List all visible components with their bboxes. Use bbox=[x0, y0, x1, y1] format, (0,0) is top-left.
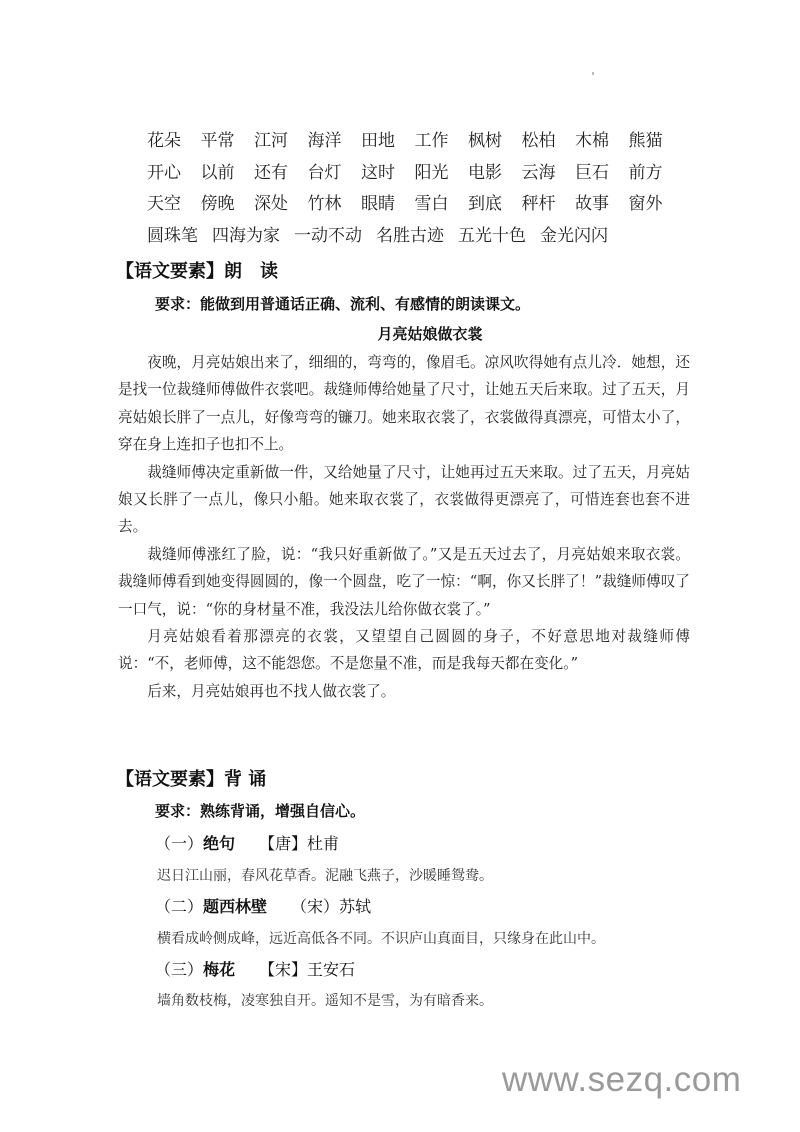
vocab-word: 海洋 bbox=[308, 126, 362, 151]
vocab-word: 以前 bbox=[201, 158, 255, 183]
vocab-phrase: 五光十色 bbox=[458, 221, 526, 246]
poem-text-1: 迟日江山丽，春风花草香。泥融飞燕子，沙暖睡鸳鸯。 bbox=[157, 865, 493, 885]
vocab-word: 深处 bbox=[254, 189, 308, 214]
recitation-requirement: 要求：熟练背诵，增强自信心。 bbox=[155, 800, 365, 821]
poem-text-2: 横看成岭侧成峰，远近高低各不同。不识庐山真面目，只缘身在此山中。 bbox=[157, 928, 605, 948]
vocab-word: 木棉 bbox=[575, 126, 629, 151]
vocab-word: 这时 bbox=[361, 158, 415, 183]
vocab-word: 开心 bbox=[147, 158, 201, 183]
story-paragraph: 裁缝师傅决定重新做一件，又给她量了尺寸，让她再过五天来取。过了五天，月亮姑娘又长… bbox=[118, 459, 690, 541]
vocab-phrase: 圆珠笔 bbox=[147, 221, 198, 246]
story-paragraph: 后来，月亮姑娘再也不找人做衣裳了。 bbox=[118, 678, 690, 705]
vocab-word: 秤杆 bbox=[522, 189, 576, 214]
poem-dynasty: 【唐】 bbox=[235, 834, 307, 853]
vocab-word: 雪白 bbox=[415, 189, 469, 214]
vocab-phrase: 一动不动 bbox=[294, 221, 362, 246]
poem-title-3: （三）梅花 【宋】王安石 bbox=[155, 957, 355, 980]
recitation-section-heading: 【语文要素】背 诵 bbox=[116, 765, 266, 791]
vocab-word: 江河 bbox=[254, 126, 308, 151]
vocab-word: 竹林 bbox=[308, 189, 362, 214]
poem-number: （二） bbox=[155, 897, 203, 916]
poem-number: （一） bbox=[155, 834, 203, 853]
vocab-word: 故事 bbox=[575, 189, 629, 214]
poem-author: 王安石 bbox=[307, 960, 355, 979]
vocab-word: 眼睛 bbox=[361, 189, 415, 214]
poem-dynasty: 【宋】 bbox=[235, 960, 307, 979]
vocab-phrase: 金光闪闪 bbox=[540, 221, 608, 246]
vocabulary-row: 开心以前还有台灯这时阳光电影云海巨石前方 bbox=[147, 158, 682, 190]
poem-author: 苏轼 bbox=[339, 897, 371, 916]
vocab-word: 平常 bbox=[201, 126, 255, 151]
reading-section-heading: 【语文要素】朗 读 bbox=[116, 257, 278, 283]
story-body: 夜晚，月亮姑娘出来了，细细的，弯弯的，像眉毛。凉风吹得她有点儿冷．她想，还是找一… bbox=[118, 349, 690, 705]
story-title: 月亮姑娘做衣裳 bbox=[0, 323, 800, 344]
poem-name: 题西林壁 bbox=[203, 897, 267, 916]
poem-dynasty: （宋） bbox=[267, 897, 339, 916]
vocab-word: 枫树 bbox=[468, 126, 522, 151]
vocab-word: 云海 bbox=[522, 158, 576, 183]
story-paragraph: 夜晚，月亮姑娘出来了，细细的，弯弯的，像眉毛。凉风吹得她有点儿冷．她想，还是找一… bbox=[118, 349, 690, 459]
vocab-word: 工作 bbox=[415, 126, 469, 151]
vocabulary-grid: 花朵平常江河海洋田地工作枫树松柏木棉熊猫 开心以前还有台灯这时阳光电影云海巨石前… bbox=[147, 126, 682, 252]
story-paragraph: 月亮姑娘看着那漂亮的衣裳，又望望自己圆圆的身子，不好意思地对裁缝师傅说：“不，老… bbox=[118, 623, 690, 678]
vocab-word: 阳光 bbox=[415, 158, 469, 183]
vocab-word: 傍晚 bbox=[201, 189, 255, 214]
vocabulary-row: 天空傍晚深处竹林眼睛雪白到底秤杆故事窗外 bbox=[147, 189, 682, 221]
vocabulary-row: 圆珠笔四海为家一动不动名胜古迹五光十色金光闪闪 bbox=[147, 221, 682, 253]
vocab-word: 熊猫 bbox=[629, 126, 683, 151]
vocab-word: 松柏 bbox=[522, 126, 576, 151]
vocab-word: 前方 bbox=[629, 158, 683, 183]
poem-title-2: （二）题西林壁 （宋）苏轼 bbox=[155, 894, 371, 917]
site-watermark: www.sezq.com bbox=[502, 1060, 741, 1100]
vocab-word: 台灯 bbox=[308, 158, 362, 183]
vocab-phrase: 名胜古迹 bbox=[376, 221, 444, 246]
poem-author: 杜甫 bbox=[307, 834, 339, 853]
poem-text-3: 墙角数枝梅，凌寒独自开。遥知不是雪，为有暗香来。 bbox=[157, 990, 493, 1010]
vocabulary-row: 花朵平常江河海洋田地工作枫树松柏木棉熊猫 bbox=[147, 126, 682, 158]
reading-requirement: 要求：能做到用普通话正确、流利、有感情的朗读课文。 bbox=[155, 293, 530, 314]
vocab-phrase: 四海为家 bbox=[212, 221, 280, 246]
vocab-word: 田地 bbox=[361, 126, 415, 151]
vocab-word: 天空 bbox=[147, 189, 201, 214]
poem-name: 绝句 bbox=[203, 834, 235, 853]
vocab-word: 巨石 bbox=[575, 158, 629, 183]
story-paragraph: 裁缝师傅涨红了脸，说：“我只好重新做了。”又是五天过去了，月亮姑娘来取衣裳。裁缝… bbox=[118, 541, 690, 623]
vocab-word: 窗外 bbox=[629, 189, 683, 214]
poem-name: 梅花 bbox=[203, 960, 235, 979]
vocab-word: 电影 bbox=[468, 158, 522, 183]
poem-title-1: （一）绝句 【唐】杜甫 bbox=[155, 831, 339, 854]
poem-number: （三） bbox=[155, 960, 203, 979]
vocab-word: 到底 bbox=[468, 189, 522, 214]
vocab-word: 还有 bbox=[254, 158, 308, 183]
scan-mark bbox=[592, 72, 594, 75]
vocab-word: 花朵 bbox=[147, 126, 201, 151]
document-page: 花朵平常江河海洋田地工作枫树松柏木棉熊猫 开心以前还有台灯这时阳光电影云海巨石前… bbox=[0, 0, 800, 1132]
